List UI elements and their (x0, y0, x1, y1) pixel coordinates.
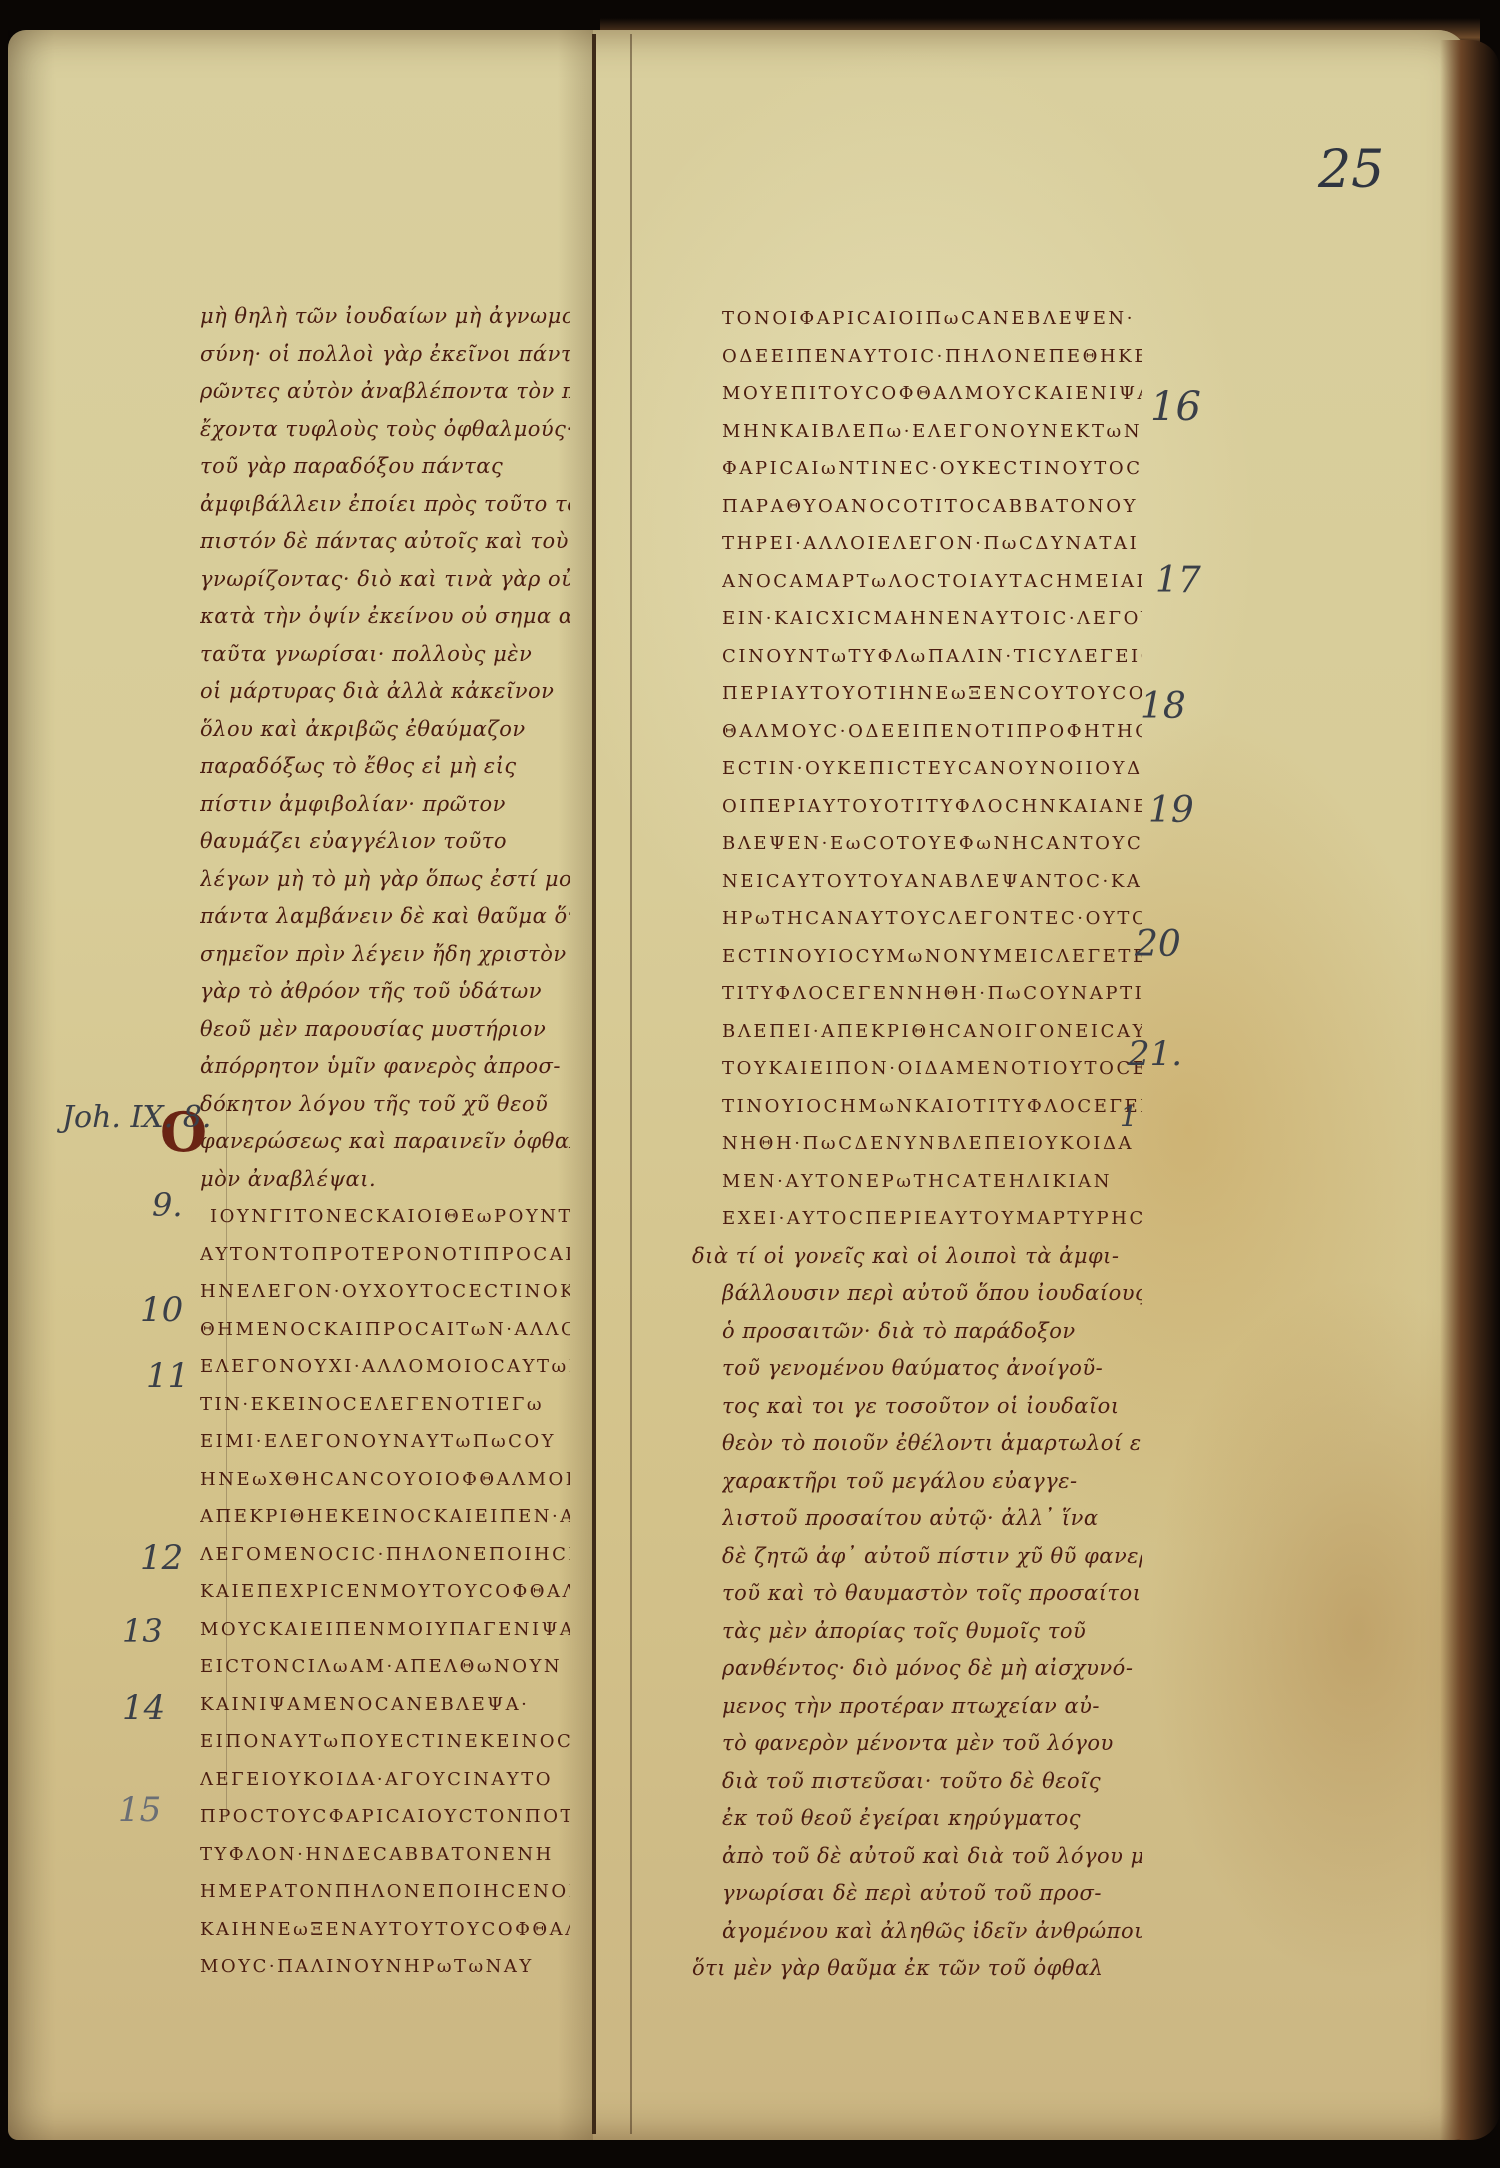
text-line: ΤΙΝ·ΕΚΕΙΝΟCΕΛΕΓΕΝΟΤΙΕΓω (200, 1386, 570, 1424)
text-line: ΒΛΕΠΕΙ·ΑΠΕΚΡΙΘΗCΑΝΟΙΓΟΝΕΙCΑΥ (722, 1013, 1142, 1051)
text-line: ΗΝΕωΧΘΗCΑΝCΟΥΟΙΟΦΘΑΛΜΟΙ· (200, 1461, 570, 1499)
text-line: ΝΗΘΗ·ΠωCΔΕΝΥΝΒΛΕΠΕΙΟΥΚΟΙΔΑ (722, 1125, 1142, 1163)
commentary-line: παραδόξως τὸ ἔθος εἰ μὴ εἰς (200, 748, 570, 786)
text-line: ΕΙΝ·ΚΑΙCΧΙCΜΑΗΝΕΝΑΥΤΟΙC·ΛΕΓΟΥ (722, 600, 1142, 638)
right-commentary: διὰ τί οἱ γονεῖς καὶ οἱ λοιποὶ τὰ ἀμφι- … (722, 1238, 1142, 1988)
text-line: ΤΟΝΟΙΦΑΡΙCΑΙΟΙΠωCΑΝΕΒΛΕΨΕΝ· (722, 300, 1142, 338)
text-line: ΛΕΓΟΜΕΝΟCΙC·ΠΗΛΟΝΕΠΟΙΗCΕΝ (200, 1536, 570, 1574)
commentary-line: τοῦ καὶ τὸ θαυμαστὸν τοῖς προσαίτοις (722, 1575, 1142, 1613)
margin-verse-number: 19 (1148, 790, 1194, 831)
text-line: ΕΙCΤΟΝCΙΛωΑΜ·ΑΠΕΛΘωΝΟΥΝ (200, 1648, 570, 1686)
text-line: ΜΟΥΕΠΙΤΟΥCΟΦΘΑΛΜΟΥCΚΑΙΕΝΙΨΑ (722, 375, 1142, 413)
commentary-line: διὰ τί οἱ γονεῖς καὶ οἱ λοιποὶ τὰ ἀμφι- (692, 1238, 1142, 1276)
text-line: ΤΙΤΥΦΛΟCΕΓΕΝΝΗΘΗ·ΠωCΟΥΝΑΡΤΙ (722, 975, 1142, 1013)
commentary-line: σημεῖον πρὶν λέγειν ἤδη χριστὸν καὶ (200, 936, 570, 974)
text-line: ΚΑΙΝΙΨΑΜΕΝΟCΑΝΕΒΛΕΨΑ· (200, 1686, 570, 1724)
text-line: ΗΜΕΡΑΤΟΝΠΗΛΟΝΕΠΟΙΗCΕΝΟΙC (200, 1873, 570, 1911)
commentary-line: μὴ θηλὴ τῶν ἰουδαίων μὴ ἀγνωμο- (200, 298, 570, 336)
text-line: ΜΕΝ·ΑΥΤΟΝΕΡωΤΗCΑΤΕΗΛΙΚΙΑΝ (722, 1163, 1142, 1201)
folio-number: 25 (1318, 140, 1384, 200)
commentary-line: οἱ μάρτυρας διὰ ἀλλὰ κἀκεῖνον (200, 673, 570, 711)
text-line: ΒΛΕΨΕΝ·ΕωCΟΤΟΥΕΦωΝΗCΑΝΤΟΥCΓΟ (722, 825, 1142, 863)
left-column: μὴ θηλὴ τῶν ἰουδαίων μὴ ἀγνωμο- σύνη· οἱ… (200, 298, 570, 1986)
text-line: ΤΗΡΕΙ·ΑΛΛΟΙΕΛΕΓΟΝ·ΠωCΔΥΝΑΤΑΙ (722, 525, 1142, 563)
commentary-line: ὁ προσαιτῶν· διὰ τὸ παράδοξον (722, 1313, 1142, 1351)
margin-verse-number: 14 (122, 1688, 165, 1728)
margin-verse-number: 20 (1135, 924, 1181, 965)
commentary-line: ἔχοντα τυφλοὺς τοὺς ὀφθαλμούς· (200, 411, 570, 449)
left-gospel-text: ΙΟΥΝΓΙΤΟΝΕCΚΑΙΟΙΘΕωΡΟΥΝΤΕC ΑΥΤΟΝΤΟΠΡΟΤΕΡ… (200, 1198, 570, 1986)
commentary-line: γνωρίσαι δὲ περὶ αὐτοῦ τοῦ προσ- (722, 1875, 1142, 1913)
text-line: ΛΕΓΕΙΟΥΚΟΙΔΑ·ΑΓΟΥCΙΝΑΥΤΟ (200, 1761, 570, 1799)
commentary-line: μὸν ἀναβλέψαι. (200, 1161, 570, 1199)
commentary-line: τὰς μὲν ἀπορίας τοῖς θυμοῖς τοῦ (722, 1613, 1142, 1651)
binding-gutter (592, 34, 596, 2134)
text-line: ΟΙΠΕΡΙΑΥΤΟΥΟΤΙΤΥΦΛΟCΗΝΚΑΙΑΝΕ (722, 788, 1142, 826)
manuscript-photo: 25 μὴ θηλὴ τῶν ἰουδαίων μὴ ἀγνωμο- σύνη·… (0, 0, 1500, 2168)
margin-note-chapter-ref: Joh. IX. 8. (62, 1100, 211, 1135)
commentary-line: λέγων μὴ τὸ μὴ γὰρ ὅπως ἐστί μου (200, 861, 570, 899)
commentary-line: φανερώσεως καὶ παραινεῖν ὀφθαλ- (200, 1123, 570, 1161)
commentary-line: τὸ φανερὸν μένοντα μὲν τοῦ λόγου (722, 1725, 1142, 1763)
text-line: ΟΔΕΕΙΠΕΝΑΥΤΟΙC·ΠΗΛΟΝΕΠΕΘΗΚΕ (722, 338, 1142, 376)
margin-verse-number: 21. (1128, 1034, 1182, 1074)
commentary-line: ἀπὸ τοῦ δὲ αὐτοῦ καὶ διὰ τοῦ λόγου μα- (722, 1838, 1142, 1876)
margin-verse-number: 10 (140, 1290, 183, 1330)
commentary-line: θαυμάζει εὐαγγέλιον τοῦτο (200, 823, 570, 861)
text-line: ΠΡΟCΤΟΥCΦΑΡΙCΑΙΟΥCΤΟΝΠΟΤΕ (200, 1798, 570, 1836)
text-line: ΠΕΡΙΑΥΤΟΥΟΤΙΗΝΕωΞΕΝCΟΥΤΟΥCΟΦ (722, 675, 1142, 713)
text-line: ΜΟΥCΚΑΙΕΙΠΕΝΜΟΙΥΠΑΓΕΝΙΨΑΙ (200, 1611, 570, 1649)
margin-verse-number: 9. (152, 1186, 183, 1224)
text-line: ΕΛΕΓΟΝΟΥΧΙ·ΑΛΛΟΜΟΙΟCΑΥΤωΕC (200, 1348, 570, 1386)
commentary-line: ὅλου καὶ ἀκριβῶς ἐθαύμαζον (200, 711, 570, 749)
commentary-line: γνωρίζοντας· διὸ καὶ τινὰ γὰρ οὐ (200, 561, 570, 599)
text-line: ΚΑΙΕΠΕΧΡΙCΕΝΜΟΥΤΟΥCΟΦΘΑΛ (200, 1573, 570, 1611)
commentary-line: ταῦτα γνωρίσαι· πολλοὺς μὲν (200, 636, 570, 674)
text-line: ΕCΤΙΝΟΥΙΟCΥΜωΝΟΝΥΜΕΙCΛΕΓΕΤΕΟ (722, 938, 1142, 976)
margin-verse-number: 13 (122, 1612, 163, 1650)
text-line: ΚΑΙΗΝΕωΞΕΝΑΥΤΟΥΤΟΥCΟΦΘΑΛ (200, 1911, 570, 1949)
margin-verse-number: 15 (118, 1790, 161, 1830)
commentary-line: ἐκ τοῦ θεοῦ ἐγείραι κηρύγματος (722, 1800, 1142, 1838)
commentary-line: τοῦ γενομένου θαύματος ἀνοίγοῦ- (722, 1350, 1142, 1388)
commentary-line: δόκητον λόγου τῆς τοῦ χῦ θεοῦ (200, 1086, 570, 1124)
commentary-line: πίστιν ἀμφιβολίαν· πρῶτον (200, 786, 570, 824)
text-line: ΕΧΕΙ·ΑΥΤΟCΠΕΡΙΕΑΥΤΟΥΜΑΡΤΥΡΗCΕΙ (722, 1200, 1142, 1238)
commentary-line: κατὰ τὴν ὀψίν ἐκείνου οὐ σημα αὐτοῦ ἦ (200, 598, 570, 636)
commentary-line: ἀπόρρητον ὑμῖν φανερὸς ἀπροσ- (200, 1048, 570, 1086)
text-line: ΤΙΝΟΥΙΟCΗΜωΝΚΑΙΟΤΙΤΥΦΛΟCΕΓΕΝ (722, 1088, 1142, 1126)
text-line: CΙΝΟΥΝΤωΤΥΦΛωΠΑΛΙΝ·ΤΙCΥΛΕΓΕΙC (722, 638, 1142, 676)
text-line: ΦΑΡΙCΑΙωΝΤΙΝΕC·ΟΥΚΕCΤΙΝΟΥΤΟC (722, 450, 1142, 488)
left-commentary: μὴ θηλὴ τῶν ἰουδαίων μὴ ἀγνωμο- σύνη· οἱ… (200, 298, 570, 1198)
text-line: ΗΝΕΛΕΓΟΝ·ΟΥΧΟΥΤΟCΕCΤΙΝΟΚΑ (200, 1273, 570, 1311)
text-line: ΑΝΟCΑΜΑΡΤωΛΟCΤΟΙΑΥΤΑCΗΜΕΙΑΠΟΙ (722, 563, 1142, 601)
commentary-line: διὰ τοῦ πιστεῦσαι· τοῦτο δὲ θεοῖς (722, 1763, 1142, 1801)
margin-verse-number: 12 (140, 1538, 183, 1578)
margin-verse-number: 17 (1155, 560, 1201, 601)
commentary-line: μενος τὴν προτέραν πτωχείαν αὐ- (722, 1688, 1142, 1726)
text-line: ΘΑΛΜΟΥC·ΟΔΕΕΙΠΕΝΟΤΙΠΡΟΦΗΤΗC (722, 713, 1142, 751)
margin-verse-number: 18 (1140, 686, 1186, 727)
text-line: ΝΕΙCΑΥΤΟΥΤΟΥΑΝΑΒΛΕΨΑΝΤΟC·ΚΑΙ (722, 863, 1142, 901)
text-line: ΑΥΤΟΝΤΟΠΡΟΤΕΡΟΝΟΤΙΠΡΟCΑΙΤΗC (200, 1236, 570, 1274)
text-line: ΜΗΝΚΑΙΒΛΕΠω·ΕΛΕΓΟΝΟΥΝΕΚΤωΝ (722, 413, 1142, 451)
commentary-line: ρανθέντος· διὸ μόνος δὲ μὴ αἰσχυνό- (722, 1650, 1142, 1688)
commentary-line: δὲ ζητῶ ἀφ᾽ αὐτοῦ πίστιν χῦ θῦ φανερῶς (722, 1538, 1142, 1576)
margin-verse-number: 16 (1150, 384, 1201, 430)
commentary-line: γὰρ τὸ ἀθρόον τῆς τοῦ ὑδάτων (200, 973, 570, 1011)
commentary-line: πάντα λαμβάνειν δὲ καὶ θαῦμα ὅτι (200, 898, 570, 936)
text-line: ΑΠΕΚΡΙΘΗΕΚΕΙΝΟCΚΑΙΕΙΠΕΝ·ΑΝΟC (200, 1498, 570, 1536)
text-line: ΕΙΜΙ·ΕΛΕΓΟΝΟΥΝΑΥΤωΠωCΟΥ (200, 1423, 570, 1461)
commentary-line: ὅτι μὲν γὰρ θαῦμα ἐκ τῶν τοῦ ὀφθαλ (692, 1950, 1142, 1988)
text-line: ΘΗΜΕΝΟCΚΑΙΠΡΟCΑΙΤωΝ·ΑΛΛΟΙ (200, 1311, 570, 1349)
commentary-line: θεοῦ μὲν παρουσίας μυστήριον (200, 1011, 570, 1049)
right-column: ΤΟΝΟΙΦΑΡΙCΑΙΟΙΠωCΑΝΕΒΛΕΨΕΝ· ΟΔΕΕΙΠΕΝΑΥΤΟ… (722, 300, 1142, 1988)
binding-fold (630, 34, 632, 2134)
text-line: ΙΟΥΝΓΙΤΟΝΕCΚΑΙΟΙΘΕωΡΟΥΝΤΕC (200, 1198, 570, 1236)
commentary-line: θεὸν τὸ ποιοῦν ἐθέλοντι ἁμαρτωλοί εἰσι (722, 1425, 1142, 1463)
commentary-line: ἀγομένου καὶ ἀληθῶς ἰδεῖν ἀνθρώπου (722, 1913, 1142, 1951)
commentary-line: ἀμφιβάλλειν ἐποίει πρὸς τοῦτο τὸν (200, 486, 570, 524)
commentary-line: ρῶντες αὐτὸν ἀναβλέποντα τὸν πάλαι (200, 373, 570, 411)
commentary-line: τοῦ γὰρ παραδόξου πάντας (200, 448, 570, 486)
margin-verse-number: 11 (146, 1356, 189, 1396)
margin-mark: 1 (1120, 1100, 1138, 1133)
commentary-line: σύνη· οἱ πολλοὶ γὰρ ἐκεῖνοι πάντας ὁ (200, 336, 570, 374)
text-line: ΜΟΥC·ΠΑΛΙΝΟΥΝΗΡωΤωΝΑΥ (200, 1948, 570, 1986)
commentary-line: πιστόν δὲ πάντας αὐτοῖς καὶ τοὺς ὀ (200, 523, 570, 561)
text-line: ΤΟΥΚΑΙΕΙΠΟΝ·ΟΙΔΑΜΕΝΟΤΙΟΥΤΟCΕC (722, 1050, 1142, 1088)
text-line: ΤΥΦΛΟΝ·ΗΝΔΕCΑΒΒΑΤΟΝΕΝΗ (200, 1836, 570, 1874)
commentary-line: βάλλουσιν περὶ αὐτοῦ ὅπου ἰουδαίους τὸ (722, 1275, 1142, 1313)
text-line: ΕΙΠΟΝΑΥΤωΠΟΥΕCΤΙΝΕΚΕΙΝΟC (200, 1723, 570, 1761)
text-line: ΕCΤΙΝ·ΟΥΚΕΠΙCΤΕΥCΑΝΟΥΝΟΙΙΟΥΔΑΙ (722, 750, 1142, 788)
text-line: ΠΑΡΑΘΥΟΑΝΟCΟΤΙΤΟCΑΒΒΑΤΟΝΟΥ (722, 488, 1142, 526)
text-line: ΗΡωΤΗCΑΝΑΥΤΟΥCΛΕΓΟΝΤΕC·ΟΥΤΟC (722, 900, 1142, 938)
right-gospel-text: ΤΟΝΟΙΦΑΡΙCΑΙΟΙΠωCΑΝΕΒΛΕΨΕΝ· ΟΔΕΕΙΠΕΝΑΥΤΟ… (722, 300, 1142, 1238)
commentary-line: τος καὶ τοι γε τοσοῦτον οἱ ἰουδαῖοι (722, 1388, 1142, 1426)
commentary-line: λιστοῦ προσαίτου αὐτῷ· ἀλλ᾽ ἵνα (722, 1500, 1142, 1538)
commentary-line: χαρακτῆρι τοῦ μεγάλου εὐαγγε- (722, 1463, 1142, 1501)
book-fore-edge (1440, 40, 1500, 2140)
